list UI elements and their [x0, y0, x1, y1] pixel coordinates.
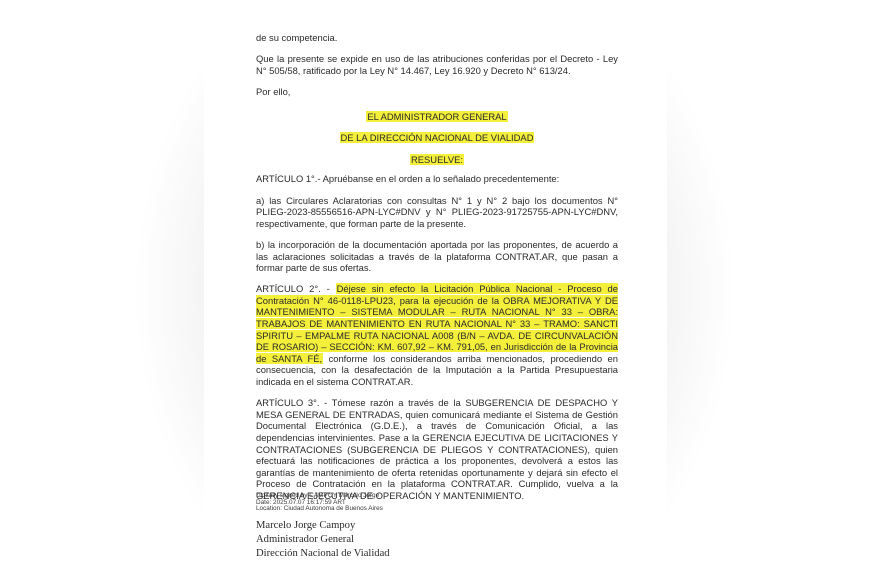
heading-resuelve: RESUELVE:	[410, 154, 464, 165]
por-ello: Por ello,	[256, 86, 618, 98]
considerando-paragraph: Que la presente se expide en uso de las …	[256, 53, 618, 76]
document-page: de su competencia. Que la presente se ex…	[204, 0, 667, 580]
heading-line-1: EL ADMINISTRADOR GENERAL	[256, 111, 618, 123]
digital-signature-location: Location: Ciudad Autonoma de Buenos Aire…	[256, 506, 383, 513]
articulo-1-item-b: b) la incorporación de la documentación …	[256, 239, 618, 274]
heading-direccion: DE LA DIRECCIÓN NACIONAL DE VIALIDAD	[340, 132, 535, 143]
articulo-2-highlighted-text: Déjese sin efecto la Licitación Pública …	[256, 283, 618, 364]
heading-administrador: EL ADMINISTRADOR GENERAL	[366, 111, 507, 122]
signatory-block: Marcelo Jorge Campoy Administrador Gener…	[256, 519, 390, 561]
heading-line-2: DE LA DIRECCIÓN NACIONAL DE VIALIDAD	[256, 132, 618, 144]
document-body: de su competencia. Que la presente se ex…	[256, 32, 618, 511]
articulo-1: ARTÍCULO 1°.- Apruébanse en el orden a l…	[256, 173, 618, 185]
intro-fragment: de su competencia.	[256, 32, 618, 44]
signatory-title: Administrador General	[256, 533, 390, 547]
heading-line-3: RESUELVE:	[256, 154, 618, 166]
articulo-2-label: ARTÍCULO 2°. -	[256, 283, 336, 294]
articulo-1-item-a: a) las Circulares Aclaratorias con consu…	[256, 195, 618, 230]
articulo-2: ARTÍCULO 2°. - Déjese sin efecto la Lici…	[256, 283, 618, 387]
signatory-name: Marcelo Jorge Campoy	[256, 519, 390, 533]
viewer-background: de su competencia. Que la presente se ex…	[0, 0, 870, 580]
digital-signature-stamp: Digitally signed by CAMPOY Marcelo Jorge…	[256, 493, 383, 513]
articulo-3: ARTÍCULO 3°. - Tómese razón a través de …	[256, 397, 618, 501]
signatory-organization: Dirección Nacional de Vialidad	[256, 547, 390, 561]
